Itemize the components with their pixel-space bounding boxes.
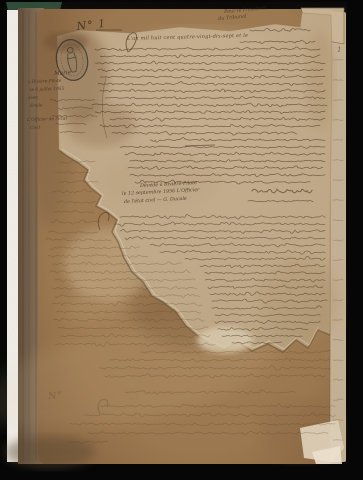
document-scan-artwork	[0, 0, 363, 480]
scanned-register-page: N° 1 1 Pour le Président du Tribunal L'a…	[0, 0, 363, 480]
paper-grain	[7, 2, 347, 464]
